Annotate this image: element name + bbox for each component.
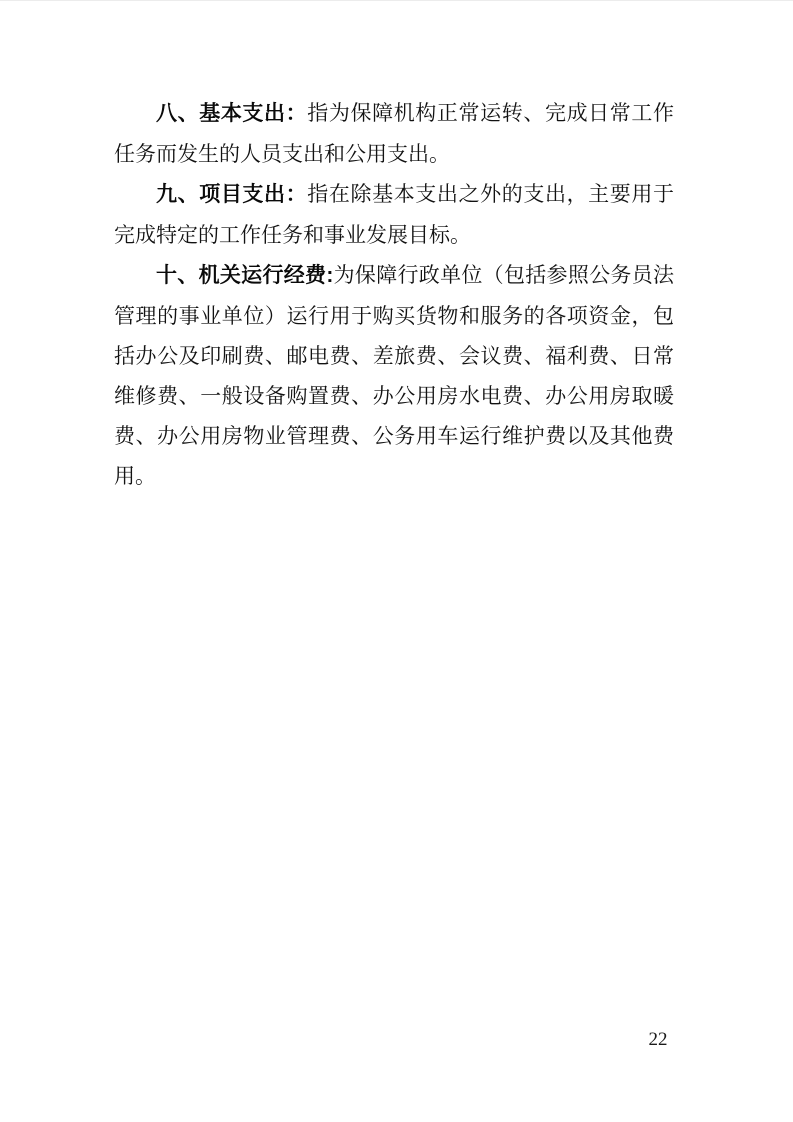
paragraph-body-text: 为保障行政单位（包括参照公务员法管理的事业单位）运行用于购买货物和服务的各项资金… [114,263,674,488]
paragraph-project-expenditure: 九、项目支出：指在除基本支出之外的支出，主要用于完成特定的工作任务和事业发展目标… [114,174,674,255]
paragraph-basic-expenditure: 八、基本支出：指为保障机构正常运转、完成日常工作任务而发生的人员支出和公用支出。 [114,93,674,174]
paragraph-agency-operating-expenses: 十、机关运行经费:为保障行政单位（包括参照公务员法管理的事业单位）运行用于购买货… [114,255,674,496]
paragraph-lead: 十、机关运行经费: [156,264,333,287]
document-page: 八、基本支出：指为保障机构正常运转、完成日常工作任务而发生的人员支出和公用支出。… [0,0,793,1122]
paragraph-lead: 九、项目支出： [156,183,307,206]
paragraph-lead: 八、基本支出： [156,102,307,125]
page-number: 22 [598,1029,718,1051]
text-block: 八、基本支出：指为保障机构正常运转、完成日常工作任务而发生的人员支出和公用支出。… [114,93,674,496]
